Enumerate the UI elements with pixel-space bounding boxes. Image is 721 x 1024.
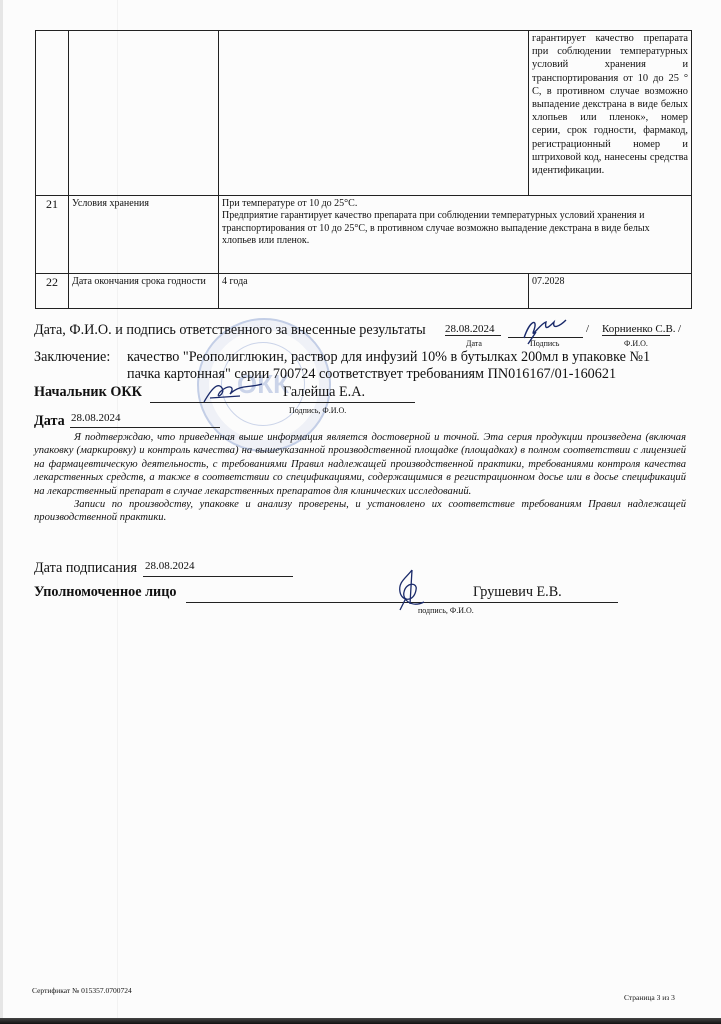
name-caption: Ф.И.О. [624,339,648,348]
head-okk-signature-line [150,402,415,403]
row-number: 22 [36,274,69,309]
conclusion-label: Заключение: [34,349,110,366]
signing-date-line [143,576,293,577]
row-parameter: Условия хранения [69,196,219,274]
signature-galeisha [200,378,270,406]
declaration-paragraph-2: Записи по производству, упаковке и анали… [34,498,686,525]
table-row-continuation: гарантирует качество препарата при соблю… [36,31,692,196]
row-number: 21 [36,196,69,274]
storage-guarantee: Предприятие гарантирует качество препара… [222,210,688,247]
date-caption: Дата [466,339,482,348]
date-line [70,427,220,428]
page-number: Страница 3 из 3 [624,993,675,1002]
responsible-date: 28.08.2024 [445,323,501,336]
row-result: гарантирует качество препарата при соблю… [529,31,692,196]
table-row-expiry: 22 Дата окончания срока годности 4 года … [36,274,692,309]
conclusion-line1: качество "Реополиглюкин, раствор для инф… [127,349,650,366]
signing-date-value: 28.08.2024 [145,560,195,572]
declaration-paragraph-1: Я подтверждаю, что приведенная выше инфо… [34,431,686,498]
declaration-block: Я подтверждаю, что приведенная выше инфо… [34,431,686,525]
row-requirement: При температуре от 10 до 25°С. Предприят… [219,196,692,274]
table-row-storage: 21 Условия хранения При температуре от 1… [36,196,692,274]
separator: / [678,323,681,335]
head-okk-name: Галейша Е.А. [283,384,365,401]
authorized-person-label: Уполномоченное лицо [34,584,176,601]
authorized-person-name: Грушевич Е.В. [473,584,562,601]
date-label: Дата [34,413,65,430]
row-parameter: Дата окончания срока годности [69,274,219,309]
specification-table: гарантирует качество препарата при соблю… [35,30,692,309]
scan-edge [0,0,3,1024]
signature-caption: Подпись [530,339,559,348]
row-parameter [69,31,219,196]
signing-date-label: Дата подписания [34,560,137,577]
authorized-caption: подпись, Ф.И.О. [418,606,474,615]
separator: / [586,323,589,335]
head-okk-caption: Подпись, Ф.И.О. [289,406,346,415]
responsible-name: Корниенко С.В. [602,323,670,336]
certificate-number: Сертификат № 015357.0700724 [32,986,132,995]
storage-temperature: При температуре от 10 до 25°С. [222,198,688,210]
row-result: 07.2028 [529,274,692,309]
row-number [36,31,69,196]
responsible-label: Дата, Ф.И.О. и подпись ответственного за… [34,322,426,339]
row-requirement: 4 года [219,274,529,309]
scan-bottom-edge [0,1018,721,1024]
head-okk-label: Начальник ОКК [34,384,142,401]
row-requirement [219,31,529,196]
date-value: 28.08.2024 [71,412,121,424]
